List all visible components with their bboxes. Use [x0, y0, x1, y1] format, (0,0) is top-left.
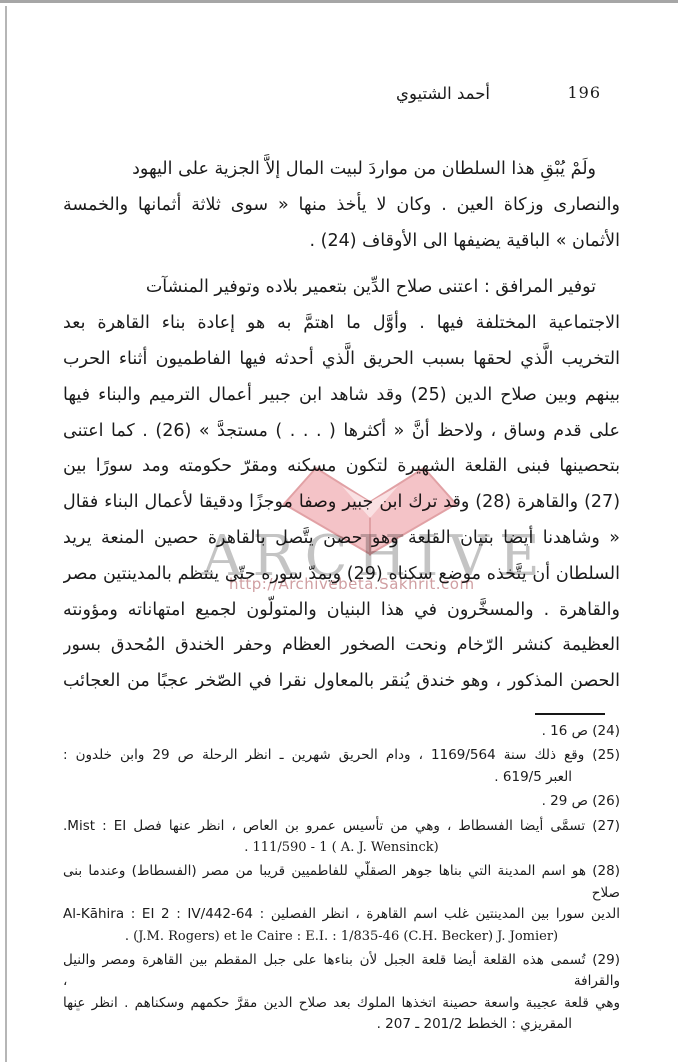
- body-line: الاجتماعية المختلفة فيها . وأوَّل ما اهت…: [63, 306, 620, 342]
- body-line: والنصارى وزكاة العين . وكان لا يأخذ منها…: [63, 188, 620, 224]
- body-line: ولَمْ يُبْقِ هذا السلطان من مواردَ لبيت …: [63, 152, 620, 188]
- footnote-line: (28) هو اسم المدينة التي بناها جوهر الصق…: [63, 861, 620, 904]
- body-line: على قدم وساق ، ولاحظ أنَّ « أكثرها ( . .…: [63, 414, 620, 450]
- body-line: الأثمان » الباقية يضيفها الى الأوقاف (24…: [63, 224, 620, 260]
- footnote-line: (27) تسمَّى أيضا الفسطاط ، وهي من تأسيس …: [63, 816, 620, 837]
- footnote-25: (25) وقع ذلك سنة 1169/564 ، ودام الحريق …: [63, 745, 620, 788]
- footnote-26: (26) ص 29 .: [63, 791, 620, 812]
- body-line: بينهم وبين صلاح الدين (25) وقد شاهد ابن …: [63, 378, 620, 414]
- footnote-28: (28) هو اسم المدينة التي بناها جوهر الصق…: [63, 861, 620, 947]
- footnote-line: . 111/590 - 1 ( A. J. Wensinck): [63, 837, 620, 858]
- footnote-line: (24) ص 16 .: [63, 721, 620, 742]
- scan-edge-top-line: [0, 0, 678, 3]
- footnote-line: (29) تُسمى هذه القلعة أيضا قلعة الجبل لأ…: [63, 950, 620, 993]
- footnote-separator: [535, 713, 605, 715]
- footnote-line: (25) وقع ذلك سنة 1169/564 ، ودام الحريق …: [63, 745, 620, 766]
- footnote-line: المقريزي : الخطط 201/2 ـ 207 .: [63, 1014, 620, 1035]
- watermark-url-text: http://Archivebeta.Sakhrit.com: [229, 575, 475, 593]
- footnote-line: العبر 619/5 .: [63, 767, 620, 788]
- footnote-line: . (J.M. Rogers) et le Caire : E.I. : 1/8…: [63, 926, 620, 947]
- running-head: أحمد الشتيوي 196: [0, 82, 678, 108]
- footnote-line: الدين سورا بين المدينتين غلب اسم القاهرة…: [63, 904, 620, 925]
- body-line: توفير المرافق : اعتنى صلاح الدِّين بتعمي…: [63, 270, 620, 306]
- running-head-author: أحمد الشتيوي: [396, 82, 490, 106]
- footnote-29: (29) تُسمى هذه القلعة أيضا قلعة الجبل لأ…: [63, 950, 620, 1036]
- body-line: التخريب الَّذي لحقها بسبب الحريق الَّذي …: [63, 342, 620, 378]
- footnote-line: (26) ص 29 .: [63, 791, 620, 812]
- footnote-27: (27) تسمَّى أيضا الفسطاط ، وهي من تأسيس …: [63, 816, 620, 859]
- body-text: ولَمْ يُبْقِ هذا السلطان من مواردَ لبيت …: [63, 152, 620, 700]
- footnote-line: وهي قلعة عجيبة واسعة حصينة اتخذها الملوك…: [63, 993, 620, 1014]
- scanned-book-page: أحمد الشتيوي 196 ولَمْ يُبْقِ هذا السلطا…: [0, 0, 678, 1062]
- page-number: 196: [567, 83, 601, 102]
- footnotes: (24) ص 16 . (25) وقع ذلك سنة 1169/564 ، …: [63, 721, 620, 1039]
- body-line: والقاهرة . والمسخَّرون في هذا البنيان وا…: [63, 593, 620, 629]
- footnote-24: (24) ص 16 .: [63, 721, 620, 742]
- body-line: العظيمة كنشر الرّخام ونحت الصخور العظام …: [63, 628, 620, 664]
- body-line: الحصن المذكور ، وهو خندق يُنقر بالمعاول …: [63, 664, 620, 700]
- scan-edge-left-line: [5, 6, 7, 1062]
- paragraph-1: ولَمْ يُبْقِ هذا السلطان من مواردَ لبيت …: [63, 152, 620, 259]
